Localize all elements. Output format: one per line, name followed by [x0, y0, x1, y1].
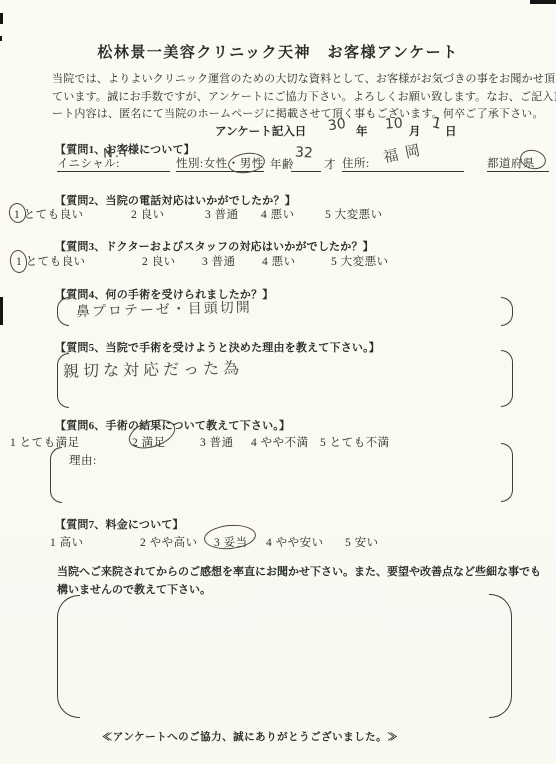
- q3-option-2: 2 良い: [142, 253, 176, 269]
- q2-option-3: 3 普通: [205, 206, 239, 222]
- q6-reason-label: 理由:: [69, 452, 97, 468]
- date-day-value: 1: [430, 113, 443, 133]
- comments-box-bracket-left: [57, 595, 80, 718]
- q3-header: 【質問3、ドクターおよびスタッフの対応はいかがでしたか？】: [55, 238, 374, 254]
- q4-answer-box-bracket-right: [501, 297, 513, 326]
- comments-box-bracket-right: [489, 594, 512, 718]
- date-year-value: 30: [327, 116, 347, 134]
- q6-option-5: 5 とても不満: [320, 434, 390, 450]
- q2-option-5: 5 大変悪い: [325, 206, 383, 222]
- intro-line: ート内容は、匿名にて当院のホームページに掲載させて頂く事もございます。何卒ご了承…: [52, 106, 556, 124]
- date-month-unit: 月: [409, 123, 421, 139]
- date-year-unit: 年: [356, 123, 368, 139]
- footer-thanks: ≪アンケートへのご協力、誠にありがとうございました。≫: [0, 729, 500, 744]
- q7-header: 【質問7、料金について】: [55, 516, 184, 532]
- q7-option-1: 1 高い: [50, 534, 84, 550]
- address-label: 住所:: [342, 158, 370, 170]
- q2-header: 【質問2、当院の電話対応はいかがでしたか？】: [55, 192, 296, 208]
- page-title: 松林景一美容クリニック天神 お客様アンケート: [0, 41, 556, 62]
- q5-answer-box-bracket-right: [501, 350, 513, 407]
- scan-artifact-corner: [530, 0, 556, 4]
- q7-selection-circle: [203, 523, 257, 551]
- date-label: アンケート記入日: [215, 123, 306, 139]
- age-unit: 才: [324, 156, 336, 172]
- q4-answer-value: 鼻プロテーゼ・目頭切開: [76, 297, 252, 322]
- q6-option-1: 1 とても満足: [10, 434, 80, 450]
- scan-artifact-left-3: [0, 297, 3, 325]
- q3-option-5: 5 大変悪い: [331, 253, 389, 269]
- q6-option-4: 4 やや不満: [251, 434, 309, 450]
- prefecture-label: 都道府: [487, 158, 523, 170]
- q7-option-2: 2 やや高い: [140, 534, 198, 550]
- q7-option-4: 4 やや安い: [266, 534, 324, 550]
- scan-artifact-left-1: [0, 13, 3, 24]
- survey-page: 松林景一美容クリニック天神 お客様アンケート 当院では、よりよいクリニック運営の…: [0, 0, 556, 764]
- initial-value: N.Y: [103, 145, 132, 161]
- q6-reason-box-bracket-right: [501, 443, 513, 502]
- q3-option-3: 3 普通: [202, 253, 236, 269]
- q7-option-5: 5 安い: [345, 534, 379, 550]
- q6-option-3: 3 普通: [200, 434, 234, 450]
- q6-reason-box-bracket-left: [50, 447, 62, 503]
- intro-line: ています。誠にお手数ですが、アンケートにご協力下さい。よろしくお願い致します。な…: [52, 89, 556, 107]
- comments-prompt-line: 当院へご来院されてからのご感想を率直にお聞かせ下さい。また、要望や改善点など些細…: [57, 563, 541, 581]
- date-day-unit: 日: [445, 123, 457, 139]
- q2-option-4: 4 悪い: [261, 206, 295, 222]
- q4-answer-box-bracket-left: [57, 297, 69, 326]
- intro-paragraph: 当院では、よりよいクリニック運営のための大切な資料として、お客様がお気づきの事を…: [52, 71, 556, 124]
- date-month-value: 10: [384, 115, 403, 132]
- q3-option-4: 4 悪い: [262, 253, 296, 269]
- intro-line: 当院では、よりよいクリニック運営のための大切な資料として、お客様がお気づきの事を…: [52, 71, 556, 89]
- q5-answer-value: 親切な対応だった為: [63, 355, 243, 381]
- q5-header: 【質問5、当院で手術を受けようと決めた理由を教えて下さい。】: [55, 339, 380, 355]
- comments-prompt: 当院へご来院されてからのご感想を率直にお聞かせ下さい。また、要望や改善点など些細…: [57, 563, 541, 599]
- age-value: 32: [294, 144, 313, 161]
- comments-prompt-line: 構いませんので教えて下さい。: [57, 581, 541, 599]
- q2-option-2: 2 良い: [131, 206, 165, 222]
